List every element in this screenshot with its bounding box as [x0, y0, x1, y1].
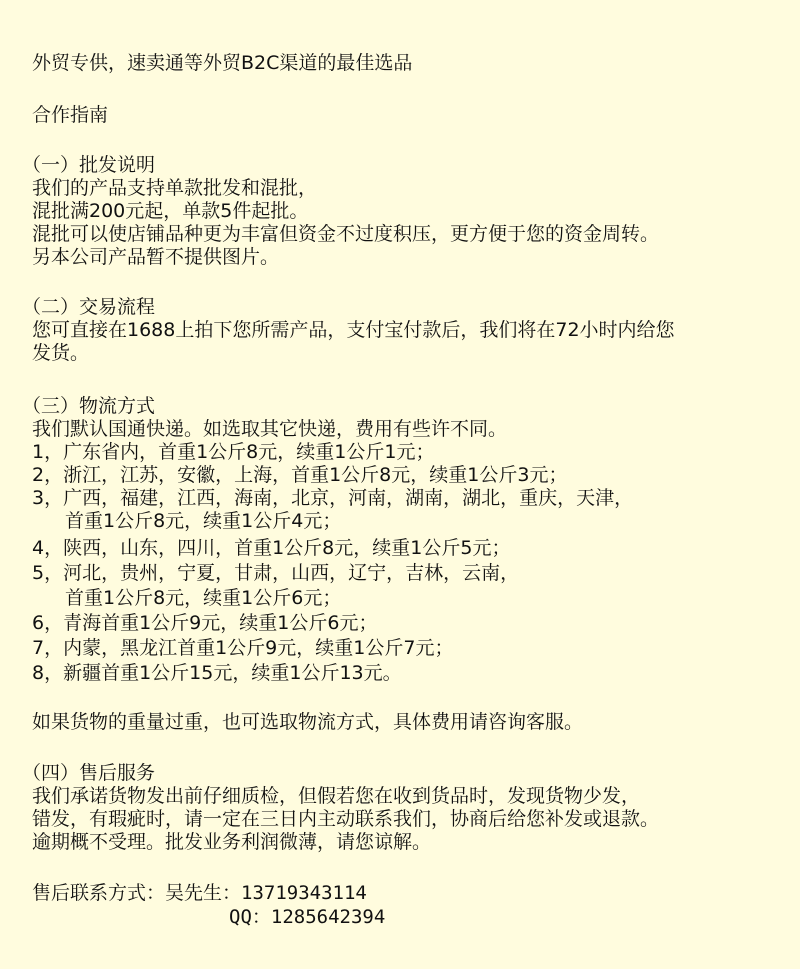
section-heading-trade-process: （二）交易流程: [22, 296, 155, 319]
section-heading-logistics: （三）物流方式: [22, 395, 155, 418]
shipping-rate-item: 4，陕西，山东，四川，首重1公斤8元，续重1公斤5元；: [32, 537, 510, 560]
section-text: 混批可以使店铺品种更为丰富但资金不过度积压，更方便于您的资金周转。: [32, 223, 659, 246]
section-text: 混批满200元起，单款5件起批。: [32, 200, 308, 223]
shipping-rate-item: 2，浙江，江苏，安徽，上海，首重1公斤8元，续重1公斤3元；: [32, 464, 567, 487]
shipping-rate-item-continued: 首重1公斤8元，续重1公斤4元；: [65, 510, 341, 533]
section-text: 您可直接在1688上拍下您所需产品，支付宝付款后，我们将在72小时内给您: [32, 319, 675, 342]
shipping-rate-item: 3，广西，福建，江西，海南，北京，河南，湖南，湖北，重庆，天津，: [32, 487, 633, 510]
shipping-rate-item: 6，青海首重1公斤9元，续重1公斤6元；: [32, 612, 377, 635]
section-text: 发货。: [32, 342, 89, 365]
section-heading-after-sales: （四）售后服务: [22, 762, 155, 785]
section-text: 另本公司产品暂不提供图片。: [32, 246, 279, 269]
contact-phone: 13719343114: [241, 882, 367, 904]
section-text: 逾期概不受理。批发业务利润微薄，请您谅解。: [32, 831, 431, 854]
section-text: 我们承诺货物发出前仔细质检，但假若您在收到货品时，发现货物少发，: [32, 785, 640, 808]
contact-line: 售后联系方式：吴先生：13719343114: [32, 882, 367, 905]
contact-qq: 1285642394: [271, 906, 385, 928]
logistics-note: 如果货物的重量过重，也可选取物流方式，具体费用请咨询客服。: [32, 711, 583, 734]
shipping-rate-item: 1，广东省内，首重1公斤8元，续重1公斤1元；: [32, 441, 434, 464]
logistics-intro: 我们默认国通快递。如选取其它快递，费用有些许不同。: [32, 418, 507, 441]
contact-label: 售后联系方式：吴先生：: [32, 882, 241, 904]
section-text: 错发，有瑕疵时，请一定在三日内主动联系我们，协商后给您补发或退款。: [32, 808, 659, 831]
section-heading-wholesale: （一）批发说明: [22, 154, 155, 177]
shipping-rate-item: 8，新疆首重1公斤15元，续重1公斤13元。: [32, 662, 402, 685]
page-title: 外贸专供，速卖通等外贸B2C渠道的最佳选品: [32, 52, 412, 75]
shipping-rate-item: 5，河北，贵州，宁夏，甘肃，山西，辽宁，吉林，云南，: [32, 562, 519, 585]
document-page: 外贸专供，速卖通等外贸B2C渠道的最佳选品 合作指南 （一）批发说明 我们的产品…: [0, 0, 800, 969]
section-text: 我们的产品支持单款批发和混批，: [32, 177, 317, 200]
contact-qq-line: QQ：1285642394: [229, 906, 385, 929]
guide-title: 合作指南: [32, 104, 108, 127]
shipping-rate-item: 7，内蒙，黑龙江首重1公斤9元，续重1公斤7元；: [32, 637, 453, 660]
shipping-rate-item-continued: 首重1公斤8元，续重1公斤6元；: [65, 587, 341, 610]
contact-qq-label: QQ：: [229, 906, 271, 928]
